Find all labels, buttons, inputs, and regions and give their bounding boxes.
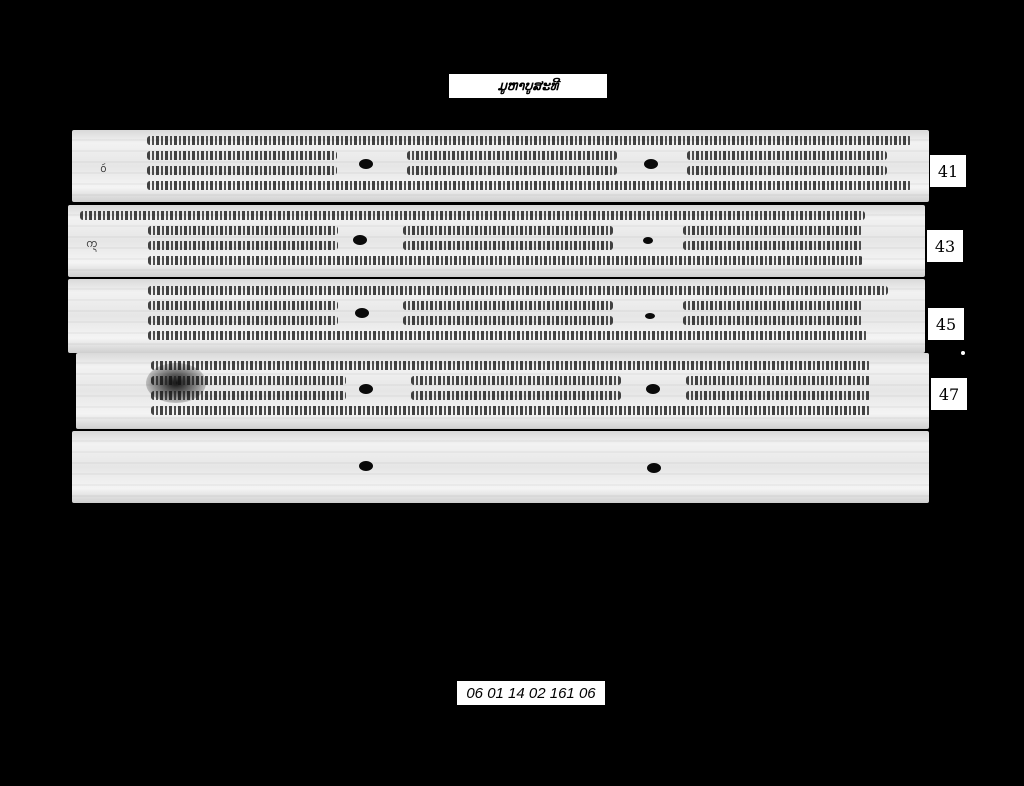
page-number-label: 47 — [931, 378, 967, 410]
binding-hole — [645, 313, 655, 319]
text-line — [147, 181, 912, 190]
text-line — [683, 241, 863, 250]
text-line — [147, 166, 337, 175]
binding-hole — [359, 384, 373, 394]
text-line — [151, 406, 871, 415]
binding-hole — [643, 237, 653, 244]
text-line — [683, 301, 863, 310]
binding-hole — [646, 384, 660, 394]
margin-note: ᩅᩢ — [100, 160, 107, 178]
binding-hole — [359, 461, 373, 471]
text-line — [151, 361, 871, 370]
text-line — [148, 226, 338, 235]
text-line — [148, 301, 338, 310]
catalog-number-label: 06 01 14 02 161 06 — [457, 681, 605, 705]
text-line — [147, 151, 337, 160]
binding-hole — [647, 463, 661, 473]
text-line — [403, 226, 613, 235]
palm-leaf-43: ᨠ᩠ᨶ — [68, 205, 925, 277]
text-line — [687, 151, 887, 160]
text-line — [148, 241, 338, 250]
text-line — [147, 136, 912, 145]
manuscript-title-label: ມູຫາບູສະທີ — [449, 74, 607, 98]
text-line — [407, 166, 617, 175]
margin-note: ᨠ᩠ᨶ — [86, 235, 98, 253]
palm-leaf-45 — [68, 279, 925, 353]
text-line — [407, 151, 617, 160]
page-number-label: 41 — [930, 155, 966, 187]
text-line — [403, 241, 613, 250]
binding-hole — [644, 159, 658, 169]
text-line — [686, 376, 871, 385]
text-line — [148, 316, 338, 325]
text-line — [683, 316, 863, 325]
palm-leaf-blank — [72, 431, 929, 503]
text-line — [80, 211, 865, 220]
dust-speck — [961, 351, 965, 355]
text-line — [148, 286, 888, 295]
binding-hole — [355, 308, 369, 318]
text-line — [411, 391, 621, 400]
text-line — [403, 316, 613, 325]
binding-hole — [353, 235, 367, 245]
page-number-label: 45 — [928, 308, 964, 340]
binding-hole — [359, 159, 373, 169]
text-line — [411, 376, 621, 385]
text-line — [403, 301, 613, 310]
text-line — [148, 331, 868, 340]
palm-leaf-47 — [76, 353, 929, 429]
text-line — [151, 376, 346, 385]
text-line — [148, 256, 863, 265]
text-line — [151, 391, 346, 400]
page-number-label: 43 — [927, 230, 963, 262]
text-line — [683, 226, 863, 235]
text-line — [687, 166, 887, 175]
palm-leaf-41: ᩅᩢ — [72, 130, 929, 202]
text-line — [686, 391, 871, 400]
